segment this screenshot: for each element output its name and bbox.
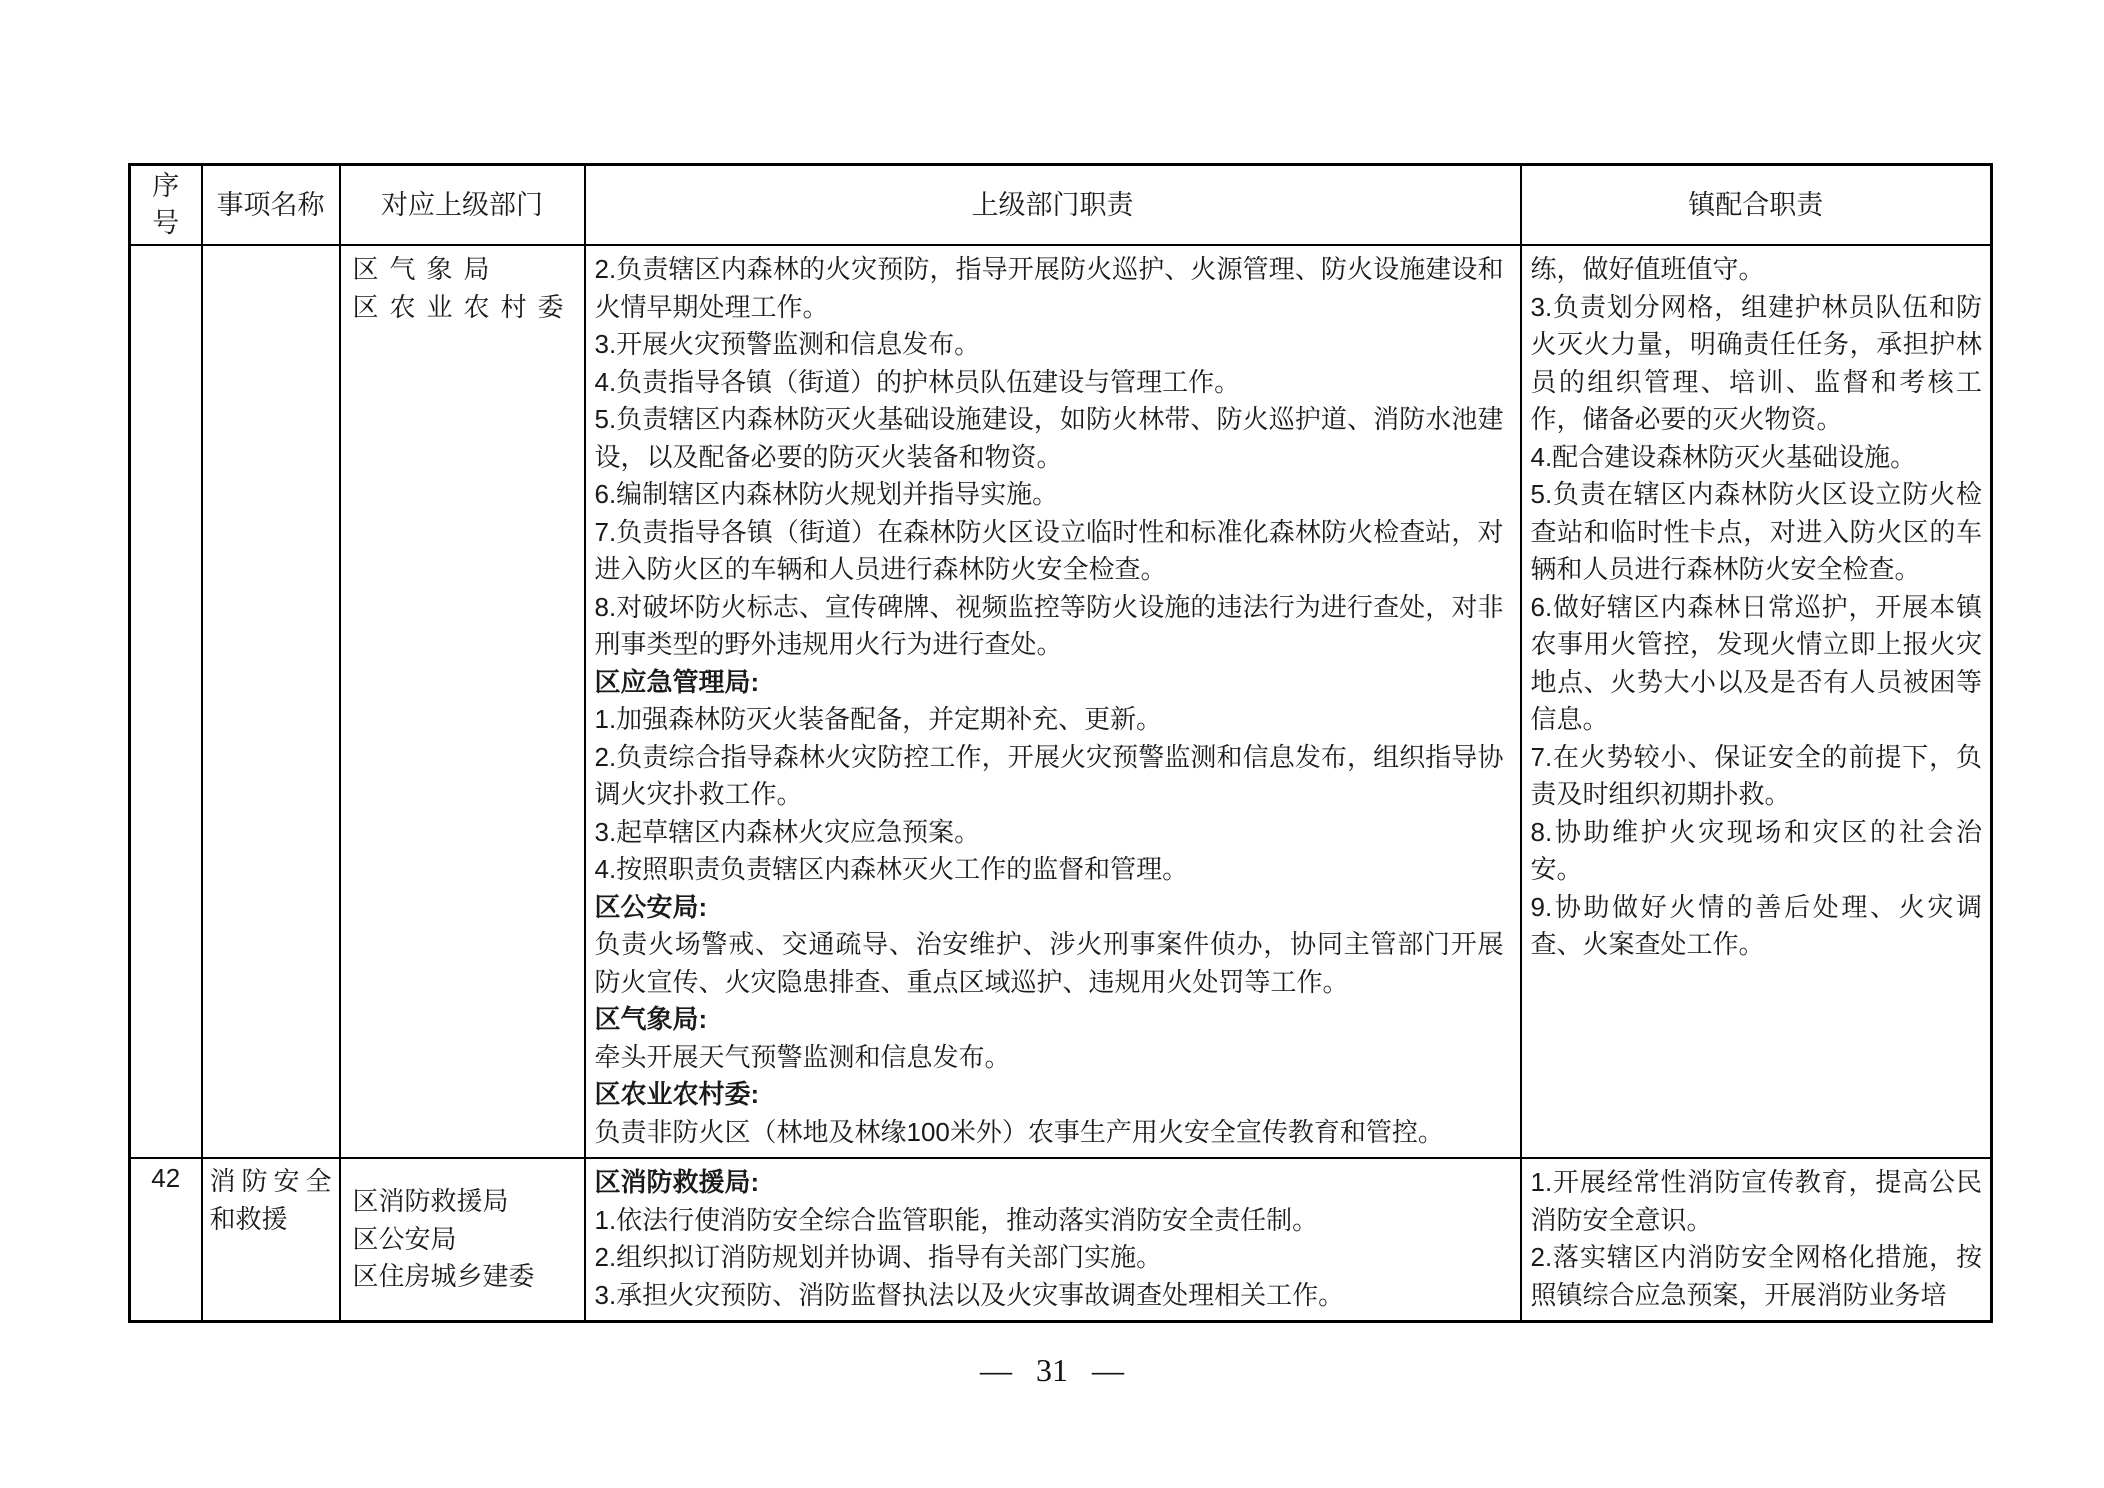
col-header-town-duties: 镇配合职责	[1521, 165, 1992, 246]
department-line: 区农业农村委	[353, 289, 576, 327]
cell-item-name	[202, 245, 340, 1158]
town-duty-line: 5.负责在辖区内森林防火区设立防火检查站和临时性卡点，对进入防火区的车辆和人员进…	[1531, 476, 1983, 589]
cell-town-duties: 1.开展经常性消防宣传教育，提高公民消防安全意识。2.落实辖区内消防安全网格化措…	[1521, 1158, 1992, 1322]
header-row: 序号 事项名称 对应上级部门 上级部门职责 镇配合职责	[130, 165, 1992, 246]
cell-seq	[130, 245, 202, 1158]
department-line: 区消防救援局	[353, 1183, 576, 1221]
col-header-superior-department: 对应上级部门	[340, 165, 585, 246]
town-duties-list: 练，做好值班值守。3.负责划分网格，组建护林员队伍和防火灭火力量，明确责任任务，…	[1531, 251, 1983, 964]
superior-duties-list: 2.负责辖区内森林的火灾预防，指导开展防火巡护、火源管理、防火设施建设和火情早期…	[595, 251, 1504, 1151]
department-line: 区气象局	[353, 251, 576, 289]
document-page: 序号 事项名称 对应上级部门 上级部门职责 镇配合职责 区气象局区农业农村委 2…	[0, 0, 2104, 1488]
departments-list: 区气象局区农业农村委	[353, 251, 576, 326]
superior-duty-line: 5.负责辖区内森林防灭火基础设施建设，如防火林带、防火巡护道、消防水池建设，以及…	[595, 401, 1504, 476]
table-body: 区气象局区农业农村委 2.负责辖区内森林的火灾预防，指导开展防火巡护、火源管理、…	[130, 245, 1992, 1322]
department-line: 区住房城乡建委	[353, 1258, 576, 1296]
cell-seq: 42	[130, 1158, 202, 1322]
town-duty-line: 9.协助做好火情的善后处理、火灾调查、火案查处工作。	[1531, 889, 1983, 964]
superior-duty-line: 3.开展火灾预警监测和信息发布。	[595, 326, 1504, 364]
superior-duty-line: 区农业农村委:	[595, 1076, 1504, 1114]
department-line: 区公安局	[353, 1221, 576, 1259]
item-name-value: 消防安全和救援	[210, 1163, 332, 1238]
superior-duty-line: 负责火场警戒、交通疏导、治安维护、涉火刑事案件侦办，协同主管部门开展防火宣传、火…	[595, 926, 1504, 1001]
superior-duty-line: 负责非防火区（林地及林缘100米外）农事生产用火安全宣传教育和管控。	[595, 1114, 1504, 1152]
superior-duty-line: 区气象局:	[595, 1001, 1504, 1039]
seq-value: 42	[132, 1160, 200, 1198]
town-duty-line: 练，做好值班值守。	[1531, 251, 1983, 289]
town-duty-line: 7.在火势较小、保证安全的前提下，负责及时组织初期扑救。	[1531, 739, 1983, 814]
cell-town-duties: 练，做好值班值守。3.负责划分网格，组建护林员队伍和防火灭火力量，明确责任任务，…	[1521, 245, 1992, 1158]
cell-superior-departments: 区气象局区农业农村委	[340, 245, 585, 1158]
superior-duty-line: 4.负责指导各镇（街道）的护林员队伍建设与管理工作。	[595, 364, 1504, 402]
superior-duty-line: 6.编制辖区内森林防火规划并指导实施。	[595, 476, 1504, 514]
town-duty-line: 8.协助维护火灾现场和灾区的社会治安。	[1531, 814, 1983, 889]
superior-duty-line: 2.组织拟订消防规划并协调、指导有关部门实施。	[595, 1239, 1504, 1277]
town-duty-line: 1.开展经常性消防宣传教育，提高公民消防安全意识。	[1531, 1164, 1983, 1239]
cell-superior-duties: 2.负责辖区内森林的火灾预防，指导开展防火巡护、火源管理、防火设施建设和火情早期…	[585, 245, 1521, 1158]
superior-duty-line: 牵头开展天气预警监测和信息发布。	[595, 1039, 1504, 1077]
superior-duty-line: 1.依法行使消防安全综合监管职能，推动落实消防安全责任制。	[595, 1202, 1504, 1240]
cell-item-name: 消防安全和救援	[202, 1158, 340, 1322]
superior-duty-line: 8.对破坏防火标志、宣传碑牌、视频监控等防火设施的违法行为进行查处，对非刑事类型…	[595, 589, 1504, 664]
cell-superior-departments: 区消防救援局区公安局区住房城乡建委	[340, 1158, 585, 1322]
page-number: — 31 —	[0, 1352, 2104, 1389]
superior-duty-line: 2.负责综合指导森林火灾防控工作，开展火灾预警监测和信息发布，组织指导协调火灾扑…	[595, 739, 1504, 814]
responsibility-table: 序号 事项名称 对应上级部门 上级部门职责 镇配合职责 区气象局区农业农村委 2…	[128, 163, 1993, 1323]
col-header-superior-duties: 上级部门职责	[585, 165, 1521, 246]
departments-list: 区消防救援局区公安局区住房城乡建委	[353, 1183, 576, 1296]
superior-duties-list: 区消防救援局:1.依法行使消防安全综合监管职能，推动落实消防安全责任制。2.组织…	[595, 1164, 1504, 1314]
town-duty-line: 6.做好辖区内森林日常巡护，开展本镇农事用火管控，发现火情立即上报火灾地点、火势…	[1531, 589, 1983, 739]
superior-duty-line: 2.负责辖区内森林的火灾预防，指导开展防火巡护、火源管理、防火设施建设和火情早期…	[595, 251, 1504, 326]
cell-superior-duties: 区消防救援局:1.依法行使消防安全综合监管职能，推动落实消防安全责任制。2.组织…	[585, 1158, 1521, 1322]
table-row: 42 消防安全和救援 区消防救援局区公安局区住房城乡建委 区消防救援局:1.依法…	[130, 1158, 1992, 1322]
col-header-seq: 序号	[130, 165, 202, 246]
superior-duty-line: 区应急管理局:	[595, 664, 1504, 702]
superior-duty-line: 区消防救援局:	[595, 1164, 1504, 1202]
table-header: 序号 事项名称 对应上级部门 上级部门职责 镇配合职责	[130, 165, 1992, 246]
superior-duty-line: 区公安局:	[595, 889, 1504, 927]
superior-duty-line: 3.起草辖区内森林火灾应急预案。	[595, 814, 1504, 852]
town-duty-line: 2.落实辖区内消防安全网格化措施，按照镇综合应急预案，开展消防业务培	[1531, 1239, 1983, 1314]
col-header-item-name: 事项名称	[202, 165, 340, 246]
town-duty-line: 3.负责划分网格，组建护林员队伍和防火灭火力量，明确责任任务，承担护林员的组织管…	[1531, 289, 1983, 439]
superior-duty-line: 4.按照职责负责辖区内森林灭火工作的监督和管理。	[595, 851, 1504, 889]
superior-duty-line: 1.加强森林防灭火装备配备，并定期补充、更新。	[595, 701, 1504, 739]
table-row: 区气象局区农业农村委 2.负责辖区内森林的火灾预防，指导开展防火巡护、火源管理、…	[130, 245, 1992, 1158]
town-duty-line: 4.配合建设森林防灭火基础设施。	[1531, 439, 1983, 477]
town-duties-list: 1.开展经常性消防宣传教育，提高公民消防安全意识。2.落实辖区内消防安全网格化措…	[1531, 1164, 1983, 1314]
superior-duty-line: 7.负责指导各镇（街道）在森林防火区设立临时性和标准化森林防火检查站，对进入防火…	[595, 514, 1504, 589]
superior-duty-line: 3.承担火灾预防、消防监督执法以及火灾事故调查处理相关工作。	[595, 1277, 1504, 1315]
